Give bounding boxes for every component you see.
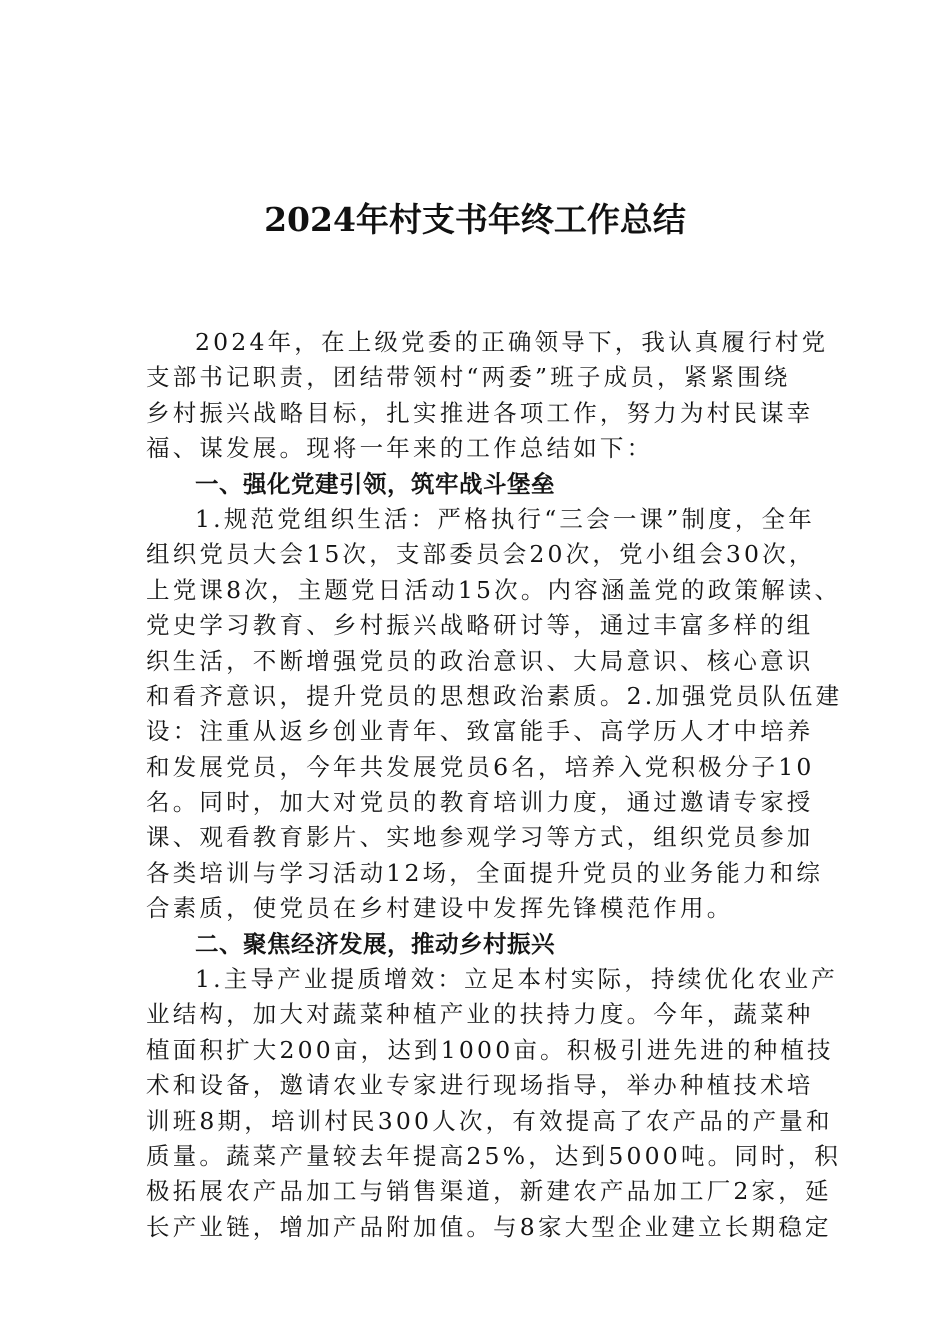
paragraph-line: 1.规范党组织生活：严格执行“三会一课”制度，全年 xyxy=(146,502,836,537)
paragraph-line: 质量。蔬菜产量较去年提高25%，达到5000吨。同时，积 xyxy=(146,1139,836,1174)
paragraph-line: 名。同时，加大对党员的教育培训力度，通过邀请专家授 xyxy=(146,785,836,820)
paragraph-line: 训班8期，培训村民300人次，有效提高了农产品的产量和 xyxy=(146,1104,836,1139)
paragraph-line: 和看齐意识，提升党员的思想政治素质。2.加强党员队伍建 xyxy=(146,679,836,714)
document-page: 2024年村支书年终工作总结 2024年，在上级党委的正确领导下，我认真履行村党… xyxy=(0,0,950,1344)
paragraph-line: 长产业链，增加产品附加值。与8家大型企业建立长期稳定 xyxy=(146,1210,836,1245)
paragraph-line: 合素质，使党员在乡村建设中发挥先锋模范作用。 xyxy=(146,891,836,926)
paragraph-line: 支部书记职责，团结带领村“两委”班子成员，紧紧围绕 xyxy=(146,360,836,395)
document-body: 2024年，在上级党委的正确领导下，我认真履行村党 支部书记职责，团结带领村“两… xyxy=(146,325,836,1245)
paragraph-line: 党史学习教育、乡村振兴战略研讨等，通过丰富多样的组 xyxy=(146,608,836,643)
paragraph-line: 组织党员大会15次，支部委员会20次，党小组会30次， xyxy=(146,537,836,572)
paragraph-line: 织生活，不断增强党员的政治意识、大局意识、核心意识 xyxy=(146,644,836,679)
paragraph-line: 福、谋发展。现将一年来的工作总结如下： xyxy=(146,431,836,466)
paragraph-line: 极拓展农产品加工与销售渠道，新建农产品加工厂2家，延 xyxy=(146,1174,836,1209)
paragraph-line: 设：注重从返乡创业青年、致富能手、高学历人才中培养 xyxy=(146,714,836,749)
paragraph-line: 课、观看教育影片、实地参观学习等方式，组织党员参加 xyxy=(146,820,836,855)
paragraph-line: 各类培训与学习活动12场，全面提升党员的业务能力和综 xyxy=(146,856,836,891)
paragraph-line: 1.主导产业提质增效：立足本村实际，持续优化农业产 xyxy=(146,962,836,997)
paragraph-line: 术和设备，邀请农业专家进行现场指导，举办种植技术培 xyxy=(146,1068,836,1103)
paragraph-line: 植面积扩大200亩，达到1000亩。积极引进先进的种植技 xyxy=(146,1033,836,1068)
paragraph-line: 业结构，加大对蔬菜种植产业的扶持力度。今年，蔬菜种 xyxy=(146,997,836,1032)
paragraph-line: 乡村振兴战略目标，扎实推进各项工作，努力为村民谋幸 xyxy=(146,396,836,431)
paragraph-line: 和发展党员，今年共发展党员6名，培养入党积极分子10 xyxy=(146,750,836,785)
section-heading-1: 一、强化党建引领，筑牢战斗堡垒 xyxy=(146,467,836,502)
paragraph-line: 上党课8次，主题党日活动15次。内容涵盖党的政策解读、 xyxy=(146,573,836,608)
section-heading-2: 二、聚焦经济发展，推动乡村振兴 xyxy=(146,927,836,962)
paragraph-line: 2024年，在上级党委的正确领导下，我认真履行村党 xyxy=(146,325,836,360)
document-title: 2024年村支书年终工作总结 xyxy=(0,198,950,242)
